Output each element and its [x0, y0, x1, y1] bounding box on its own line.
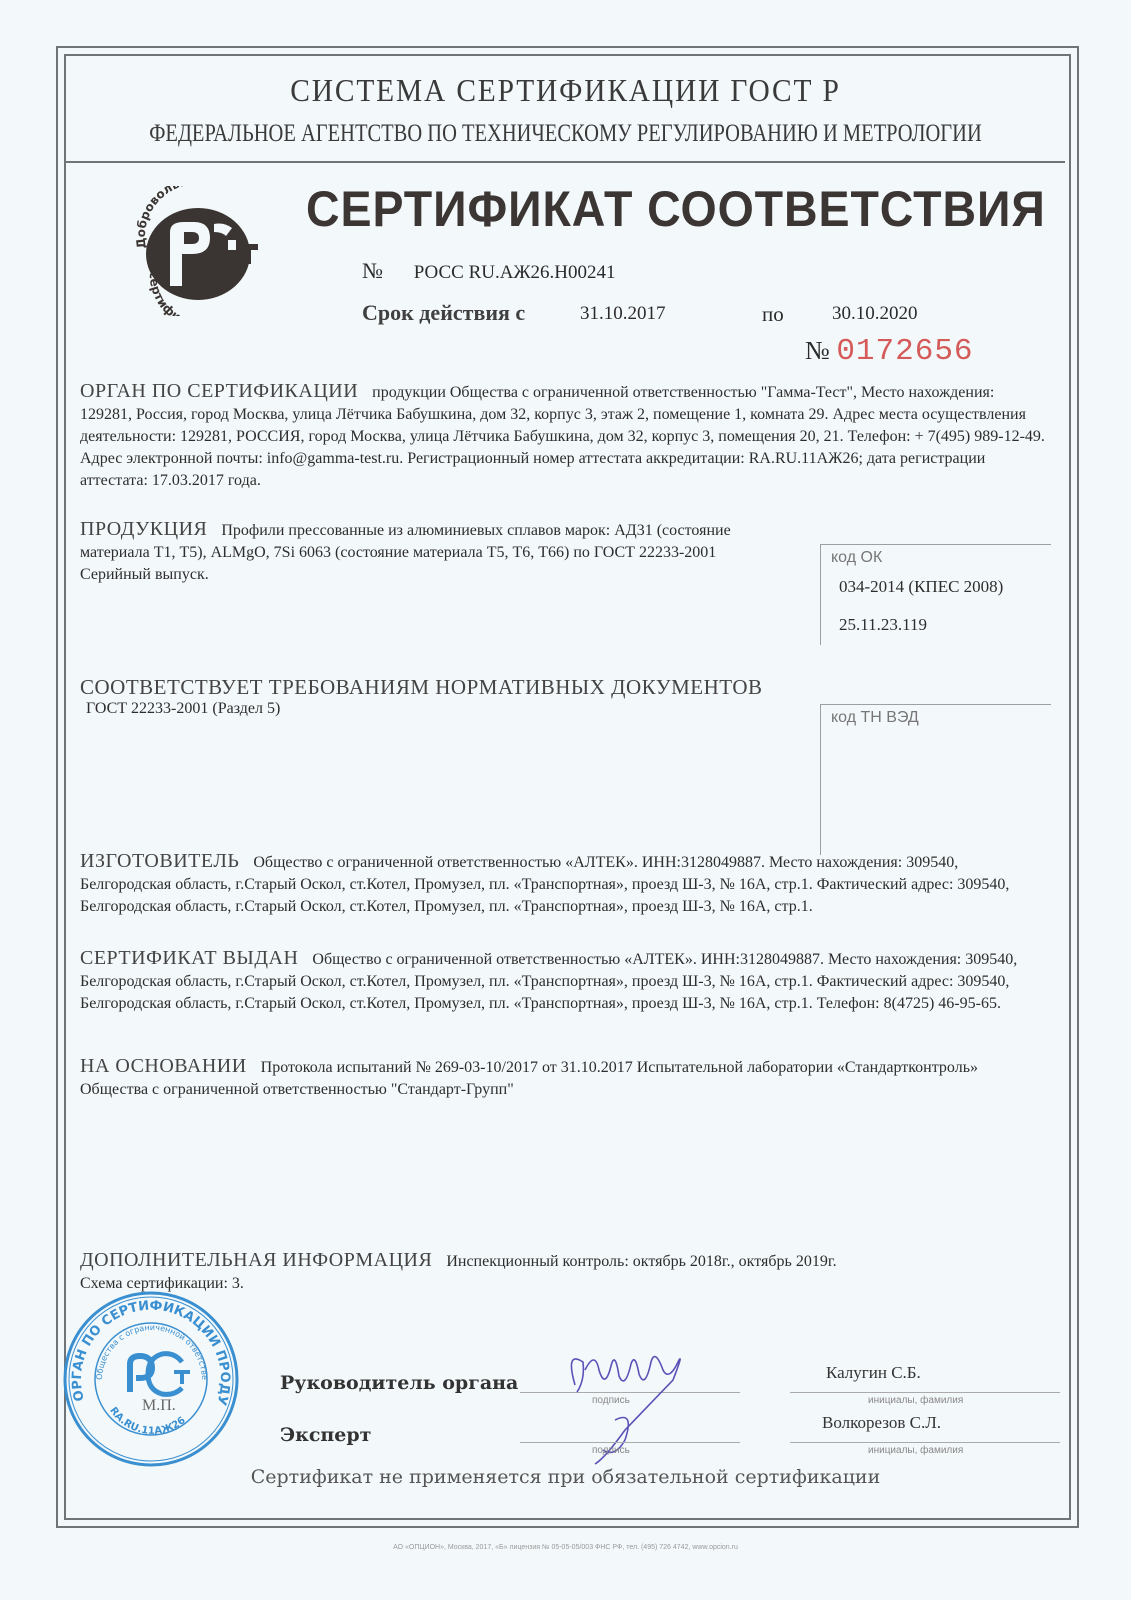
- code-ok-line1: 034-2014 (КПЕС 2008): [839, 577, 1051, 597]
- rst-logo-icon: Добровольная сертификация: [128, 186, 268, 316]
- valid-to: 30.10.2020: [832, 303, 918, 325]
- registration-number: РОСС RU.АЖ26.Н00241: [414, 262, 616, 283]
- product-release: Серийный выпуск.: [80, 564, 780, 586]
- printer-imprint: АО «ОПЦИОН», Москва, 2017, «Б» лицензия …: [0, 1544, 1131, 1551]
- issued-to-heading: СЕРТИФИКАТ ВЫДАН: [80, 947, 298, 969]
- certificate-title: СЕРТИФИКАТ СООТВЕТСТВИЯ: [306, 180, 1046, 238]
- official-stamp-icon: ОРГАН ПО СЕРТИФИКАЦИИ ПРОДУКЦИИ Общества…: [62, 1290, 240, 1468]
- manufacturer-section: ИЗГОТОВИТЕЛЬ Общество с ограниченной отв…: [80, 850, 1040, 918]
- code-ok-box: код ОК 034-2014 (КПЕС 2008) 25.11.23.119: [820, 544, 1051, 645]
- code-tn-box: код ТН ВЭД: [820, 704, 1051, 855]
- header-divider: [66, 161, 1065, 163]
- expert-name-line: [790, 1442, 1060, 1443]
- product-section: ПРОДУКЦИЯ Профили прессованные из алюмин…: [80, 518, 780, 586]
- basis-section: НА ОСНОВАНИИ Протокола испытаний № 269-0…: [80, 1055, 1040, 1101]
- system-title: СИСТЕМА СЕРТИФИКАЦИИ ГОСТ Р: [45, 72, 1086, 109]
- agency-title: ФЕДЕРАЛЬНОЕ АГЕНТСТВО ПО ТЕХНИЧЕСКОМУ РЕ…: [102, 120, 1029, 148]
- additional-info-heading: ДОПОЛНИТЕЛЬНАЯ ИНФОРМАЦИЯ: [80, 1249, 432, 1271]
- serial-number-sign: №: [805, 336, 830, 365]
- stamp-mp-label: М.П.: [142, 1397, 176, 1414]
- serial-number-value: 0172656: [836, 334, 973, 369]
- expert-signature-line: [520, 1442, 740, 1443]
- serial-number: № 0172656: [805, 334, 974, 369]
- code-ok-label: код ОК: [831, 549, 1051, 567]
- head-signature-icon: [555, 1340, 705, 1470]
- code-tn-label: код ТН ВЭД: [831, 709, 1051, 727]
- number-sign: №: [362, 258, 383, 283]
- additional-info-text: Инспекционный контроль: октябрь 2018г., …: [446, 1253, 836, 1270]
- certification-body-section: ОРГАН ПО СЕРТИФИКАЦИИ продукции Общества…: [80, 380, 1050, 492]
- voluntary-note: Сертификат не применяется при обязательн…: [0, 1466, 1131, 1488]
- valid-to-label: по: [762, 302, 784, 327]
- expert-name: Волкорезов С.Л.: [822, 1413, 941, 1433]
- additional-info-section: ДОПОЛНИТЕЛЬНАЯ ИНФОРМАЦИЯ Инспекционный …: [80, 1249, 1040, 1295]
- certification-body-heading: ОРГАН ПО СЕРТИФИКАЦИИ: [80, 380, 358, 402]
- registration-number-row: № РОСС RU.АЖ26.Н00241: [362, 258, 615, 284]
- head-name-caption: инициалы, фамилия: [868, 1395, 963, 1406]
- expert-signature-caption: подпись: [592, 1445, 630, 1456]
- expert-name-caption: инициалы, фамилия: [868, 1445, 963, 1456]
- head-of-body-label: Руководитель органа: [280, 1372, 518, 1394]
- head-name: Калугин С.Б.: [826, 1363, 921, 1383]
- valid-from: 31.10.2017: [580, 303, 666, 325]
- expert-label: Эксперт: [280, 1424, 371, 1446]
- code-ok-line2: 25.11.23.119: [839, 615, 1051, 635]
- conformity-heading: СООТВЕТСТВУЕТ ТРЕБОВАНИЯМ НОРМАТИВНЫХ ДО…: [80, 676, 830, 698]
- validity-label: Срок действия с: [362, 300, 525, 325]
- product-heading: ПРОДУКЦИЯ: [80, 518, 207, 540]
- manufacturer-heading: ИЗГОТОВИТЕЛЬ: [80, 850, 239, 872]
- conformity-section: СООТВЕТСТВУЕТ ТРЕБОВАНИЯМ НОРМАТИВНЫХ ДО…: [80, 676, 840, 720]
- basis-heading: НА ОСНОВАНИИ: [80, 1055, 247, 1077]
- issued-to-section: СЕРТИФИКАТ ВЫДАН Общество с ограниченной…: [80, 947, 1040, 1015]
- validity-row: Срок действия с 31.10.2017 по 30.10.2020: [362, 300, 922, 326]
- conformity-text: ГОСТ 22233-2001 (Раздел 5): [86, 700, 280, 717]
- head-name-line: [790, 1392, 1060, 1393]
